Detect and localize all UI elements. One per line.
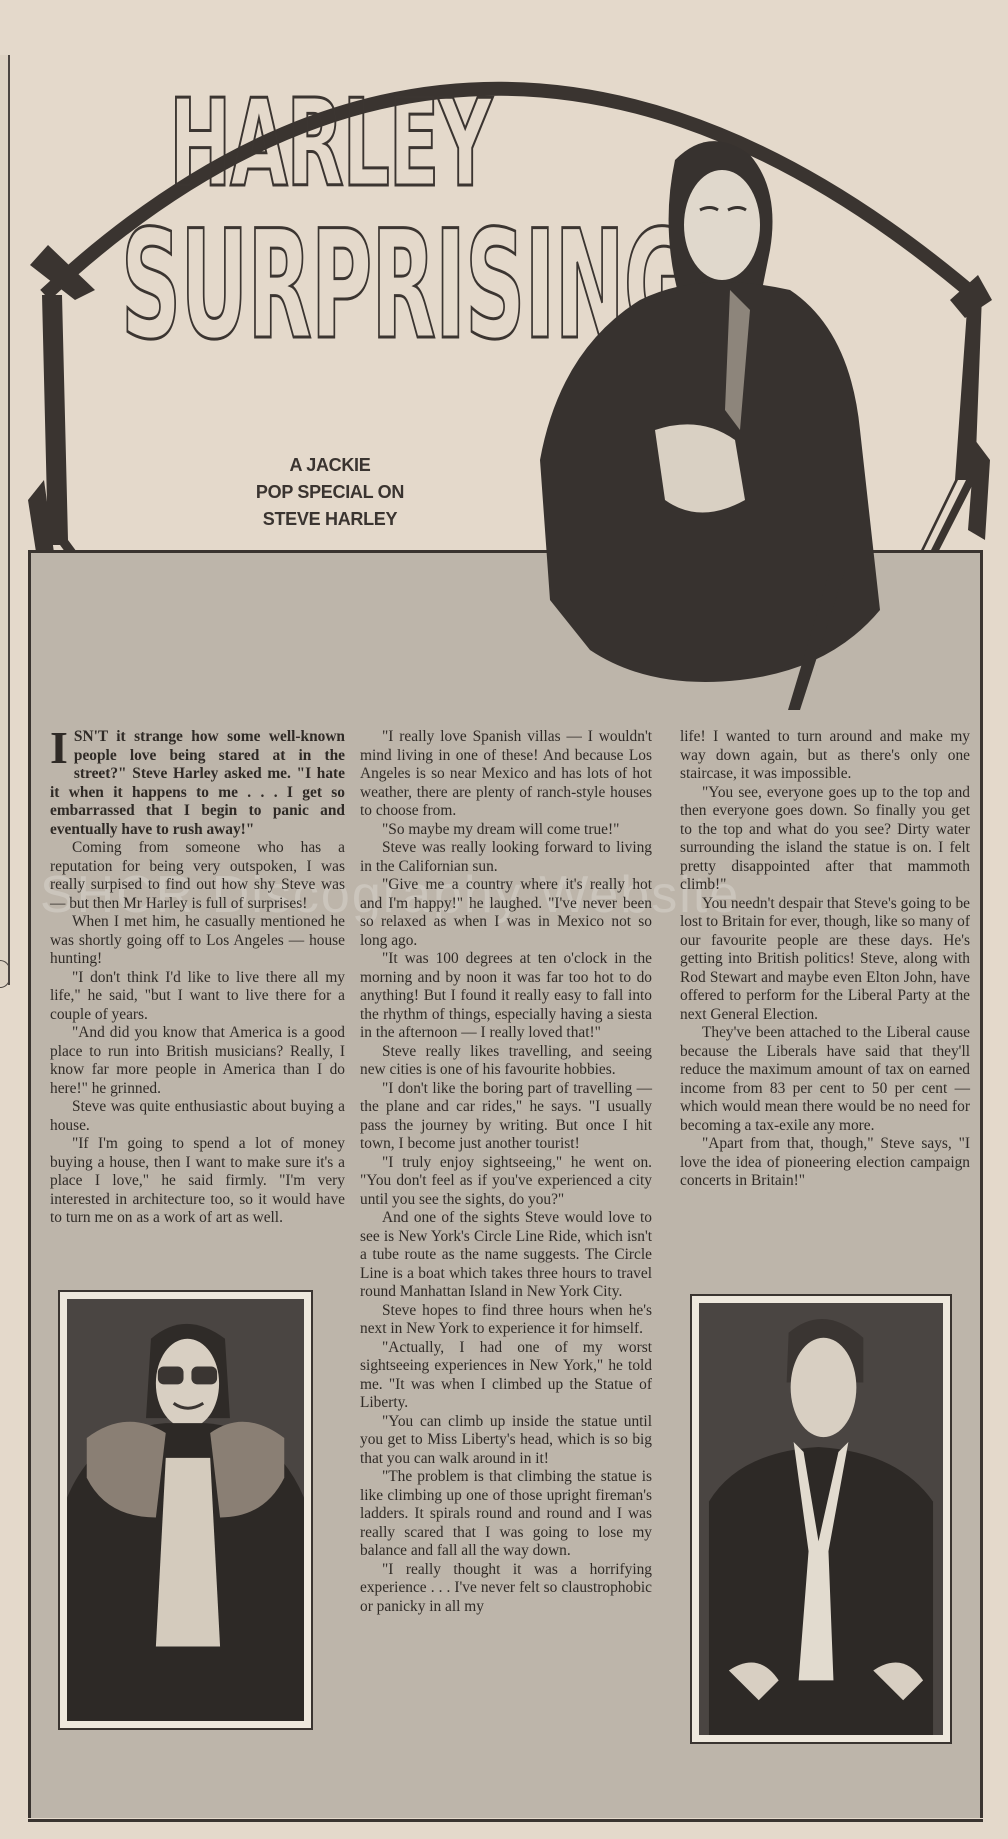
paragraph: Steve was really looking forward to livi… (360, 839, 652, 876)
paragraph: "The problem is that climbing the statue… (360, 1468, 652, 1561)
portrait-illustration (699, 1303, 943, 1735)
paragraph: "I really love Spanish villas — I wouldn… (360, 728, 652, 821)
article-lead: ISN'T it strange how some well-known peo… (50, 728, 345, 839)
paragraph: "If I'm going to spend a lot of money bu… (50, 1135, 345, 1228)
paragraph: "I truly enjoy sightseeing," he went on.… (360, 1154, 652, 1210)
paragraph: Coming from someone who has a reputation… (50, 839, 345, 913)
paragraph: "Apart from that, though," Steve says, "… (680, 1135, 970, 1191)
photo-scarf-sweater (690, 1294, 952, 1744)
paragraph-continued: life! I wanted to turn around and make m… (680, 728, 970, 784)
photo-sunglasses-fur-jacket (58, 1290, 313, 1730)
photo-image (67, 1299, 304, 1721)
subhead: A JACKIE POP SPECIAL ON STEVE HARLEY (200, 452, 460, 533)
paragraph: "Give me a country where it's really hot… (360, 876, 652, 950)
photo-image (699, 1303, 943, 1735)
paragraph: "I really thought it was a horrifying ex… (360, 1561, 652, 1617)
paragraph: "Actually, I had one of my worst sightse… (360, 1339, 652, 1413)
article-column-1: ISN'T it strange how some well-known peo… (50, 728, 345, 1228)
paragraph: "I don't like the boring part of travell… (360, 1080, 652, 1154)
paragraph: "It was 100 degrees at ten o'clock in th… (360, 950, 652, 1043)
paragraph: They've been attached to the Liberal cau… (680, 1024, 970, 1135)
article-column-3: life! I wanted to turn around and make m… (680, 728, 970, 1191)
subhead-line-1: A JACKIE (200, 452, 460, 479)
panel-bottom-rule (28, 1819, 983, 1822)
subhead-line-2: POP SPECIAL ON (200, 479, 460, 506)
lead-text: SN'T it strange how some well-known peop… (50, 728, 345, 838)
drop-cap: I (50, 730, 68, 766)
paragraph: When I met him, he casually mentioned he… (50, 913, 345, 969)
paragraph: Steve really likes travelling, and seein… (360, 1043, 652, 1080)
paragraph: "So maybe my dream will come true!" (360, 821, 652, 840)
adjacent-page-marker (0, 960, 10, 988)
paragraph: "You see, everyone goes up to the top an… (680, 784, 970, 895)
paragraph: Steve was quite enthusiastic about buyin… (50, 1098, 345, 1135)
portrait-illustration (67, 1299, 304, 1721)
subhead-line-3: STEVE HARLEY (200, 506, 460, 533)
headline-line-2: SURPRISING! (121, 211, 479, 361)
hero-photo (500, 130, 940, 730)
paragraph: You needn't despair that Steve's going t… (680, 895, 970, 1025)
headline-line-1: HARLEY (150, 85, 510, 205)
paragraph: And one of the sights Steve would love t… (360, 1209, 652, 1302)
paragraph: Steve hopes to find three hours when he'… (360, 1302, 652, 1339)
paragraph: "And did you know that America is a good… (50, 1024, 345, 1098)
paragraph: "You can climb up inside the statue unti… (360, 1413, 652, 1469)
paragraph: "I don't think I'd like to live there al… (50, 969, 345, 1025)
article-column-2: "I really love Spanish villas — I wouldn… (360, 728, 652, 1616)
